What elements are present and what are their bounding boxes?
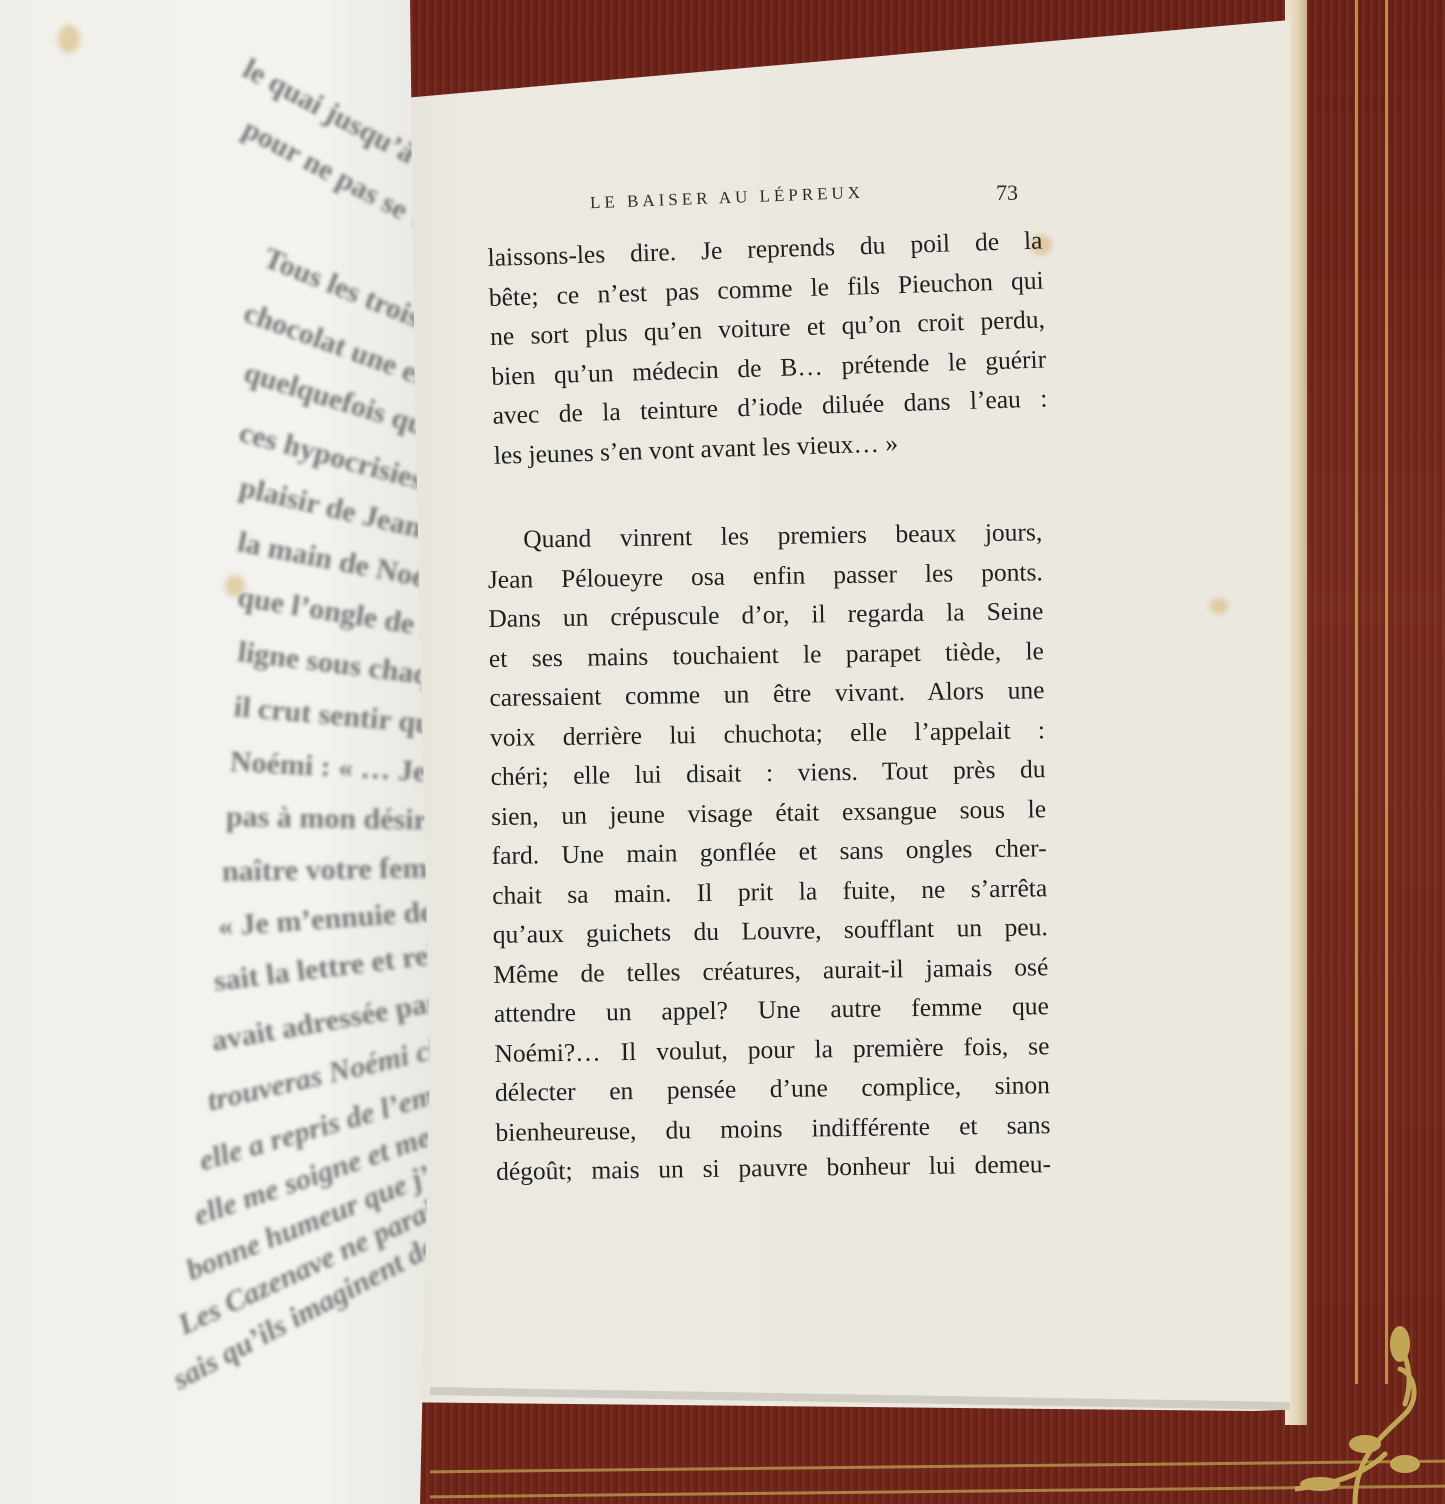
page-number: 73 [996, 180, 1018, 206]
gilt-corner-ornament-icon [1295, 1314, 1425, 1504]
foxing-spot [58, 25, 80, 53]
gilt-rule [1385, 0, 1388, 1384]
text-line: dégoût; mais un si pauvre bonheur lui de… [496, 1144, 1051, 1191]
paragraph-1: laissons-les dire. Je reprends du poil d… [487, 221, 1049, 475]
paragraph-2: Quand vinrent les premiers beaux jours, … [487, 512, 1051, 1191]
left-page: le quai jusqu’à l’Insti… pour ne pas se … [0, 0, 440, 1504]
gilt-rule [1355, 0, 1358, 1384]
foxing-spot [1210, 598, 1228, 614]
